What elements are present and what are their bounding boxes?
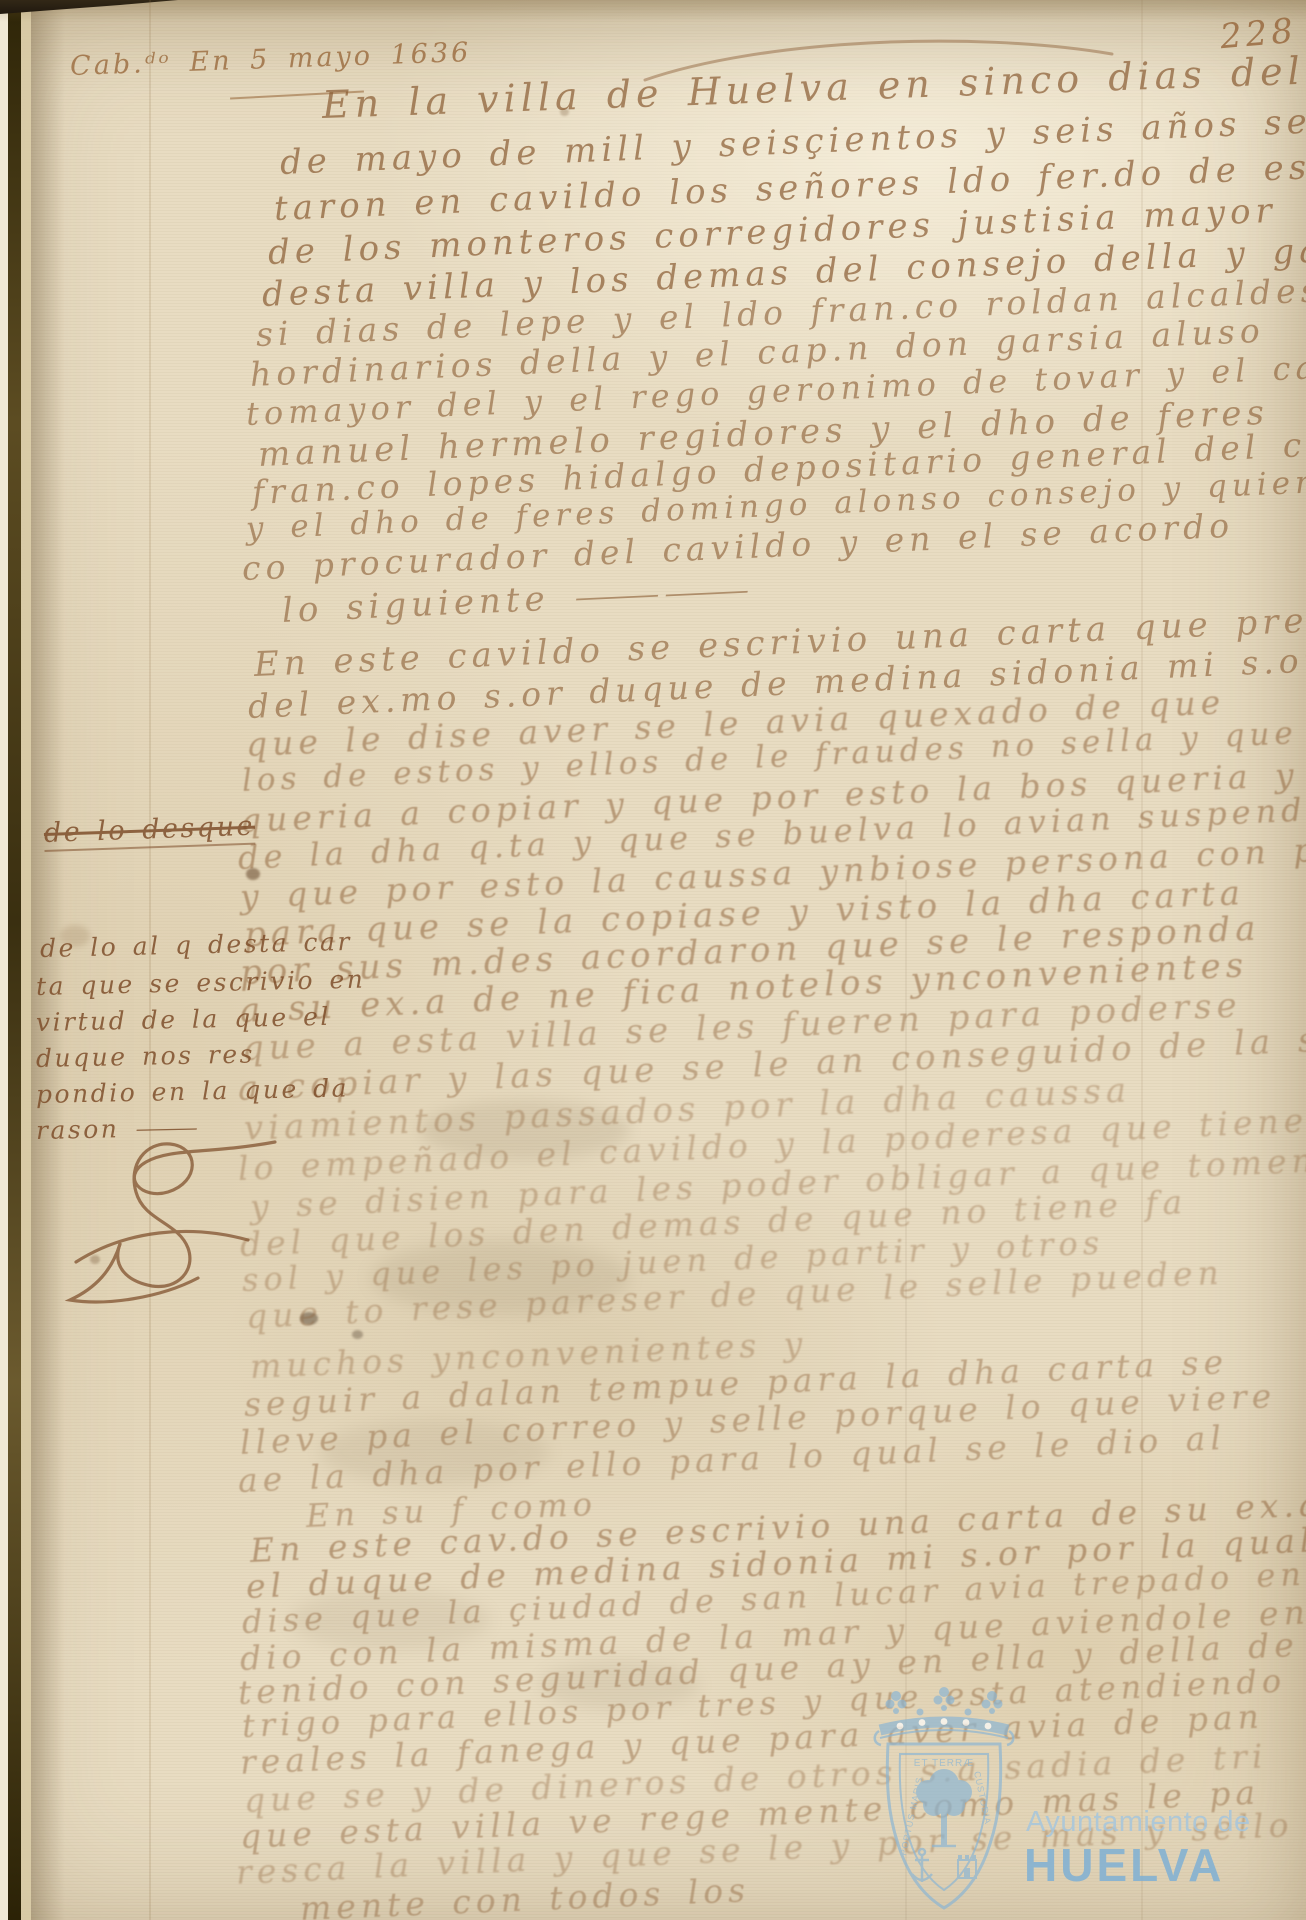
margin-note-line: pondio en la que da: [36, 1075, 350, 1107]
page-edge-strip: [0, 0, 8, 1920]
huelva-coat-of-arms: ET TERRÆ PORTUS MARIS CUSTODIA: [870, 1684, 1018, 1920]
ink-blot: [352, 1330, 363, 1339]
watermark-caption: Ayuntamiento de: [1026, 1806, 1251, 1839]
margin-note-line: de lo al q desta car: [40, 929, 352, 961]
page-top-shade: [0, 0, 1306, 22]
margin-note-line: duque nos res: [36, 1041, 255, 1071]
margin-note-line: ta que se escrivio en: [36, 967, 366, 999]
margin-rubric-flourish: [30, 1130, 280, 1310]
margin-note-line: virtud de la que el: [36, 1004, 331, 1035]
watermark-title: HUELVA: [1024, 1838, 1224, 1892]
binding-gap: [21, 0, 31, 1920]
shield-motto-top: ET TERRÆ: [914, 1758, 974, 1769]
shield-motto-right: CUSTODIA: [972, 1770, 993, 1825]
binding-edge: [8, 0, 21, 1920]
shield-tree: [916, 1769, 972, 1846]
manuscript-page: 228 Cab.ᵈᵒ En 5 mayo 1636 En la villa de…: [0, 0, 1306, 1920]
